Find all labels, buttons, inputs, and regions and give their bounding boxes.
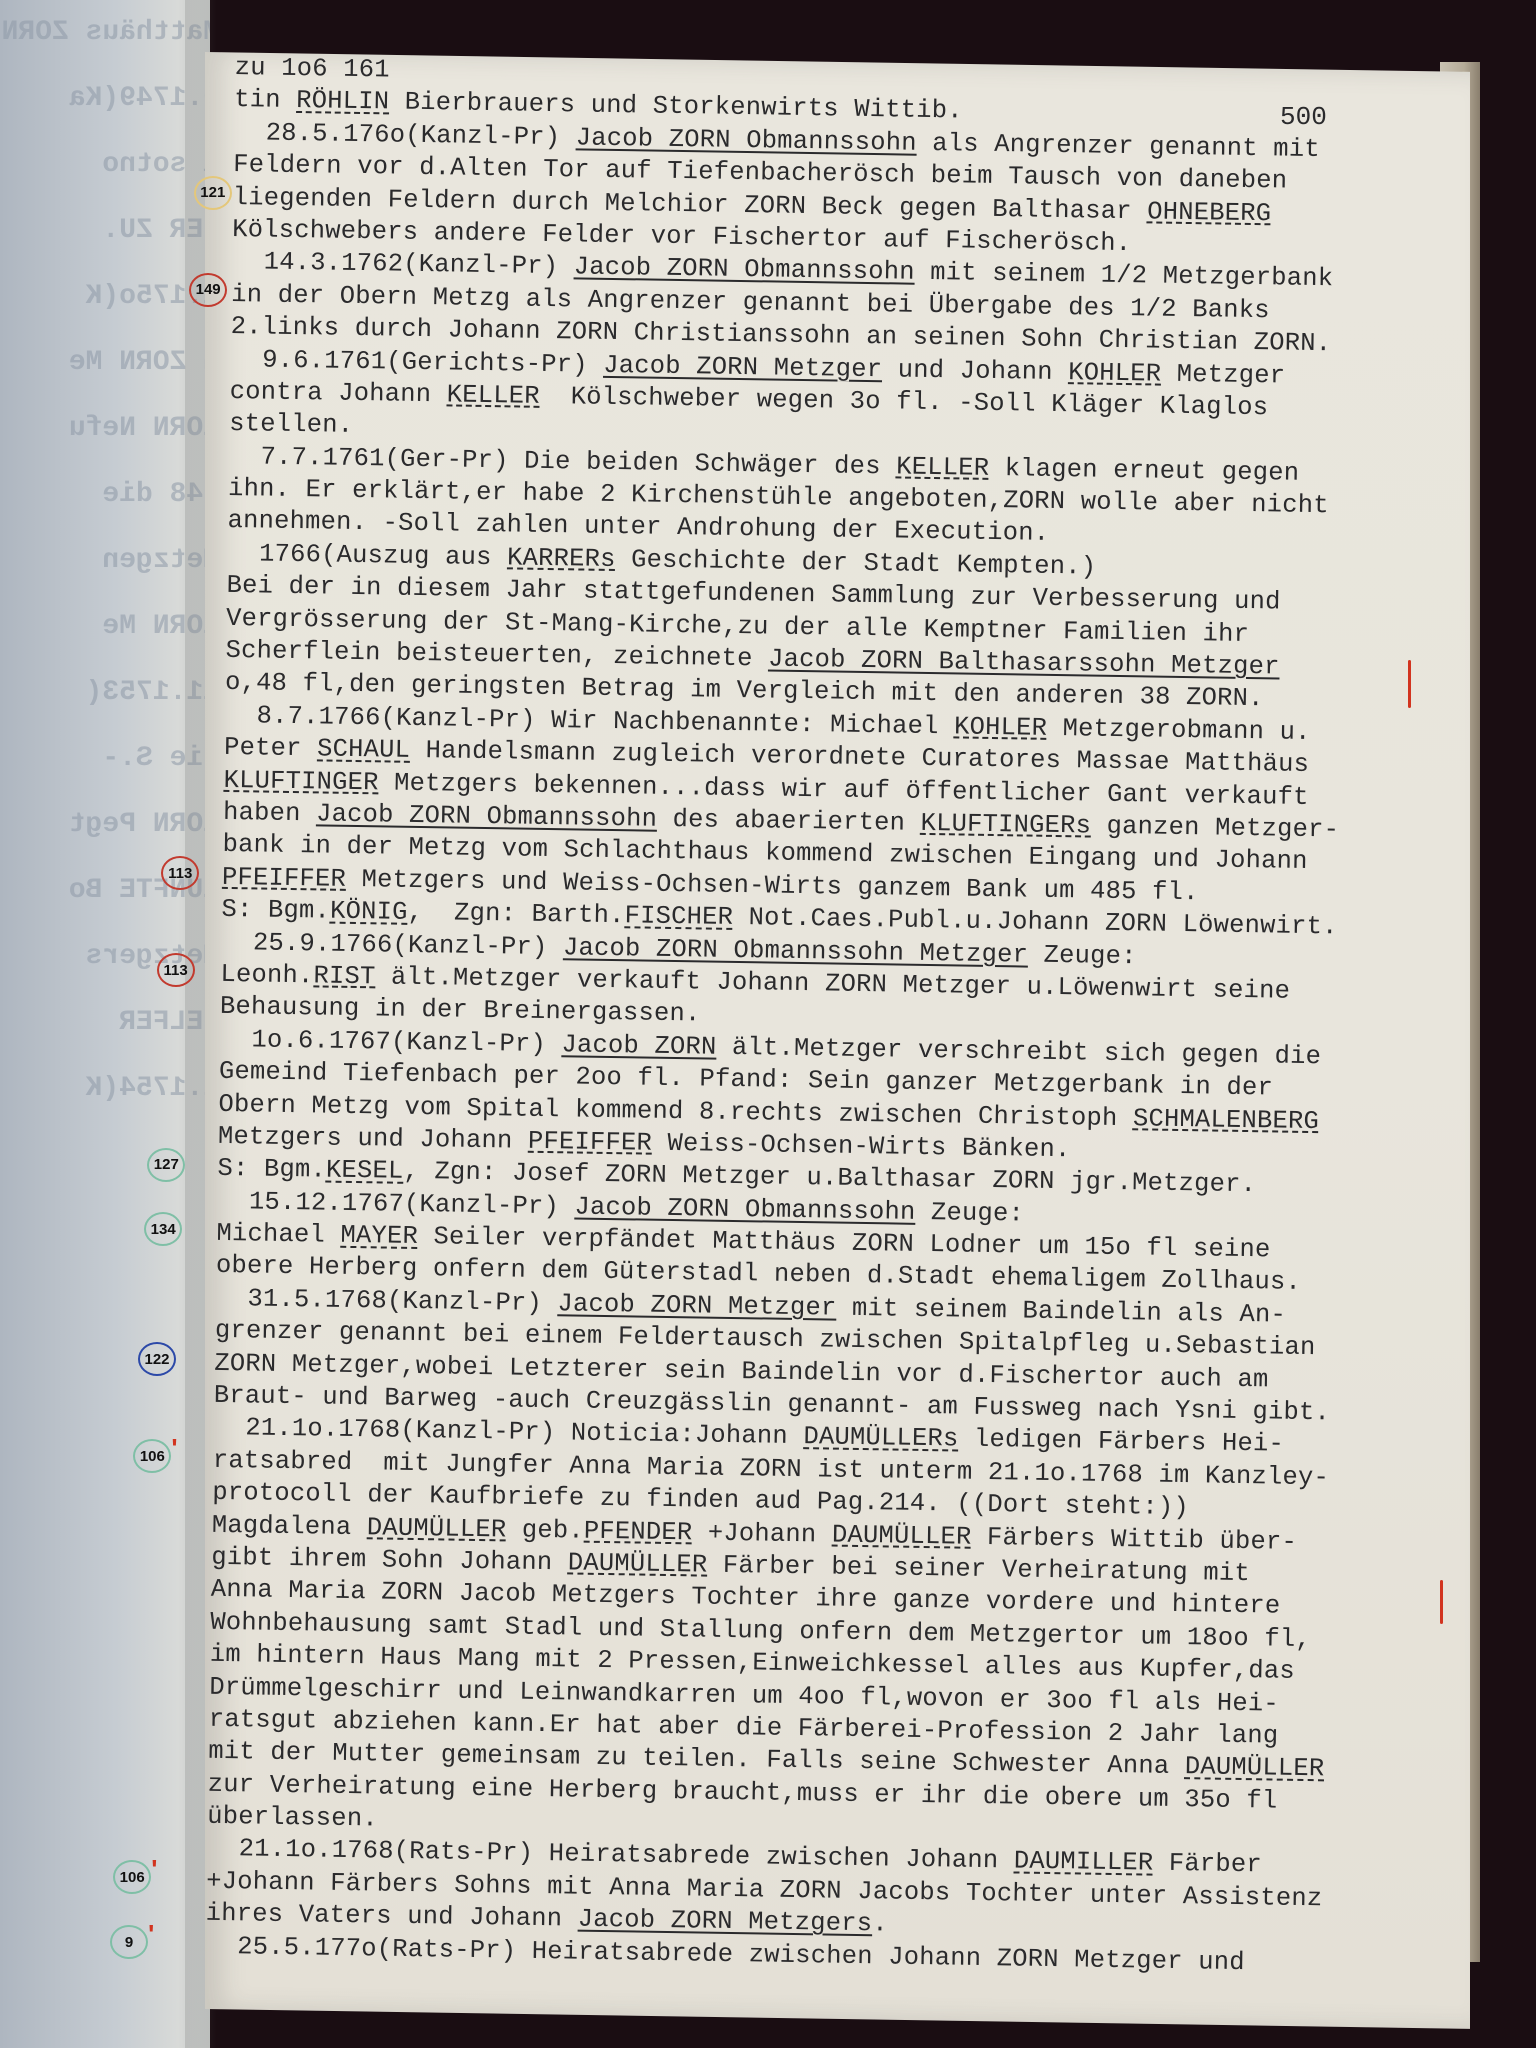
red-margin-mark [1440, 1580, 1443, 1624]
red-tick-mark: ' [148, 1919, 154, 1950]
margin-note-circle: 127 [147, 1148, 185, 1182]
red-tick-mark: ' [171, 1433, 177, 1464]
margin-note-circle: 113 [157, 953, 195, 987]
margin-note-circle: 122 [138, 1342, 176, 1376]
left-page-bleedthrough: Matthäus ZORN 9.1749(Ka a sotno HER ZU. … [0, 0, 210, 2048]
margin-note-circle: 113 [161, 856, 199, 890]
margin-note-circle: 121 [194, 176, 232, 210]
red-margin-mark [1408, 660, 1411, 708]
margin-note-circle: 149 [189, 273, 227, 307]
typewritten-text: zu 1o6 161tin RÖHLIN Bierbrauers und Sto… [205, 52, 1475, 1982]
red-tick-mark: ' [151, 1854, 157, 1885]
